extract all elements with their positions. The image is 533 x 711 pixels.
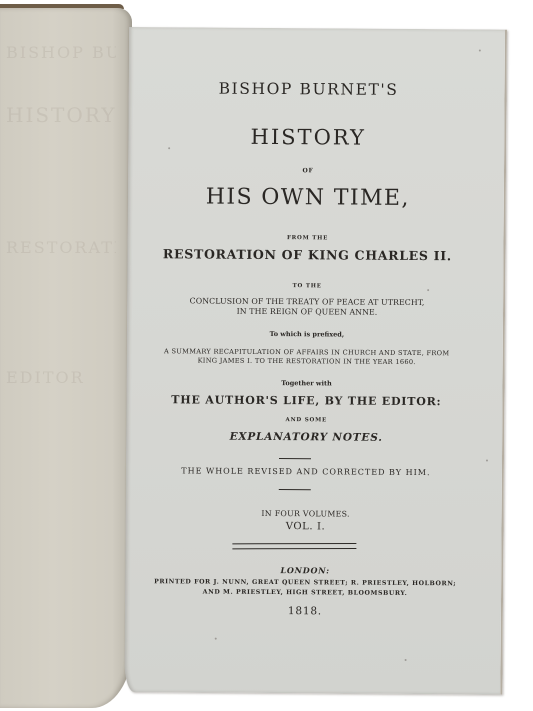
paper-speck (479, 49, 481, 51)
summary-line-2: KING JAMES I. TO THE RESTORATION IN THE … (127, 356, 487, 367)
explanatory-notes-line: EXPLANATORY NOTES. (126, 430, 486, 445)
show-through-text: RESTORATION (6, 238, 116, 257)
title-page-recto: BISHOP BURNET'S HISTORY OF HIS OWN TIME,… (124, 27, 507, 695)
authors-life-line: THE AUTHOR'S LIFE, BY THE EDITOR: (126, 393, 486, 409)
publication-year: 1818. (125, 604, 485, 619)
divider-rule (279, 458, 311, 459)
volumes-line: IN FOUR VOLUMES. (126, 508, 486, 520)
paper-speck (486, 460, 488, 462)
title-block: BISHOP BURNET'S HISTORY OF HIS OWN TIME,… (129, 27, 489, 30)
left-page-verso: BISHOP BURNET'S HISTORY RESTORATION EDIT… (0, 8, 132, 708)
together-with-line: Together with (126, 378, 486, 389)
subtitle-restoration: RESTORATION OF KING CHARLES II. (127, 246, 487, 264)
imprint-city: LONDON: (125, 564, 485, 577)
prefixed-line: To which is prefixed, (127, 329, 487, 340)
volume-number: VOL. I. (125, 520, 485, 534)
show-through-text: HISTORY (6, 103, 116, 127)
connector-to-the: TO THE (127, 282, 487, 291)
connector-of: OF (128, 166, 488, 176)
show-through-text: BISHOP BURNET'S (6, 43, 116, 62)
author-line: BISHOP BURNET'S (129, 79, 489, 100)
imprint-line-2: AND M. PRIESTLEY, HIGH STREET, BLOOMSBUR… (125, 588, 485, 598)
connector-from-the: FROM THE (128, 234, 488, 243)
title-his-own-time: HIS OWN TIME, (128, 184, 488, 212)
imprint-line-1: PRINTED FOR J. NUNN, GREAT QUEEN STREET;… (125, 578, 485, 588)
paper-speck (168, 147, 170, 149)
paper-speck (427, 289, 429, 291)
title-history: HISTORY (128, 124, 488, 151)
show-through-text: EDITOR (6, 368, 116, 387)
divider-rule (279, 489, 311, 490)
conclusion-line-2: IN THE REIGN OF QUEEN ANNE. (127, 306, 487, 318)
paper-speck (405, 659, 407, 661)
double-rule (232, 543, 356, 549)
revised-line: THE WHOLE REVISED AND CORRECTED BY HIM. (126, 466, 486, 478)
paper-speck (215, 638, 217, 640)
and-some-line: AND SOME (126, 416, 486, 425)
